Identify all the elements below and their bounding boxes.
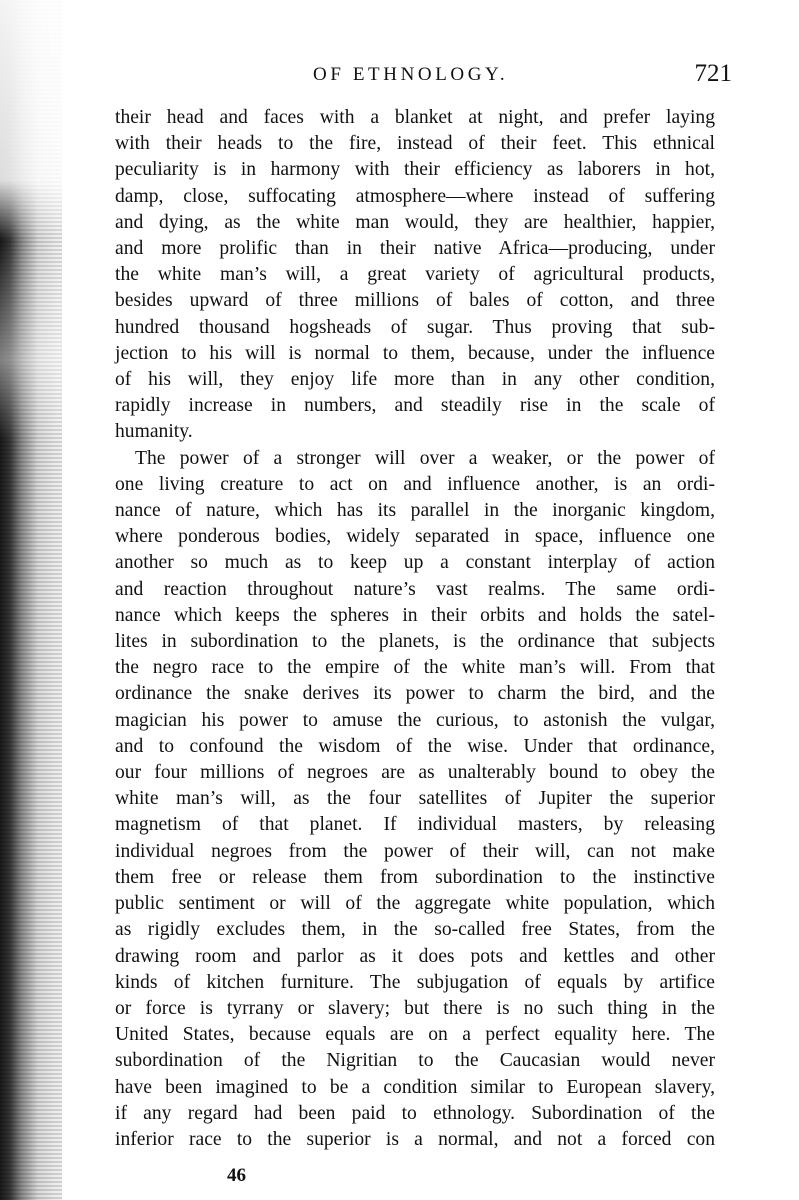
- text-line: damp, close, suffocating atmosphere—wher…: [115, 184, 715, 210]
- text-line: and to confound the wisdom of the wise. …: [115, 734, 715, 760]
- text-line: them free or release them from subordina…: [115, 865, 715, 891]
- book-binding-shadow: [0, 0, 62, 1200]
- text-line: inferior race to the superior is a norma…: [115, 1127, 715, 1153]
- text-line: and dying, as the white man would, they …: [115, 210, 715, 236]
- text-line: ordinance the snake derives its power to…: [115, 681, 715, 707]
- text-line: drawing room and parlor as it does pots …: [115, 944, 715, 970]
- text-line: white man’s will, as the four satellites…: [115, 786, 715, 812]
- text-line: or force is tyrrany or slavery; but ther…: [115, 996, 715, 1022]
- body-text: their head and faces with a blanket at n…: [115, 105, 715, 1153]
- text-line: humanity.: [115, 419, 715, 445]
- text-line: our four millions of negroes are as unal…: [115, 760, 715, 786]
- text-line: The power of a stronger will over a weak…: [115, 446, 715, 472]
- text-line: jection to his will is normal to them, b…: [115, 341, 715, 367]
- text-line: one living creature to act on and influe…: [115, 472, 715, 498]
- text-line: and more prolific than in their native A…: [115, 236, 715, 262]
- text-line: subordination of the Nigritian to the Ca…: [115, 1048, 715, 1074]
- text-line: kinds of kitchen furniture. The subjugat…: [115, 970, 715, 996]
- page-header: OF ETHNOLOGY. 721: [115, 62, 715, 92]
- text-line: public sentiment or will of the aggregat…: [115, 891, 715, 917]
- text-line: nance which keeps the spheres in their o…: [115, 603, 715, 629]
- text-line: if any regard had been paid to ethnology…: [115, 1101, 715, 1127]
- text-line: of his will, they enjoy life more than i…: [115, 367, 715, 393]
- text-line: individual negroes from the power of the…: [115, 839, 715, 865]
- paragraph-1: their head and faces with a blanket at n…: [115, 105, 715, 446]
- text-line: with their heads to the fire, instead of…: [115, 131, 715, 157]
- text-line: the negro race to the empire of the whit…: [115, 655, 715, 681]
- text-line: and reaction throughout nature’s vast re…: [115, 577, 715, 603]
- text-line: where ponderous bodies, widely separated…: [115, 524, 715, 550]
- text-line: another so much as to keep up a constant…: [115, 550, 715, 576]
- page-number: 721: [695, 60, 733, 88]
- text-line: magician his power to amuse the curious,…: [115, 708, 715, 734]
- text-line: their head and faces with a blanket at n…: [115, 105, 715, 131]
- text-line: as rigidly excludes them, in the so-call…: [115, 917, 715, 943]
- text-line: United States, because equals are on a p…: [115, 1022, 715, 1048]
- text-line: rapidly increase in numbers, and steadil…: [115, 393, 715, 419]
- text-line: besides upward of three millions of bale…: [115, 288, 715, 314]
- paragraph-2: The power of a stronger will over a weak…: [115, 446, 715, 1153]
- text-line: hundred thousand hogsheads of sugar. Thu…: [115, 315, 715, 341]
- signature-mark: 46: [227, 1165, 246, 1187]
- text-line: the white man’s will, a great variety of…: [115, 262, 715, 288]
- text-line: have been imagined to be a condition sim…: [115, 1075, 715, 1101]
- text-line: nance of nature, which has its parallel …: [115, 498, 715, 524]
- text-line: magnetism of that planet. If individual …: [115, 812, 715, 838]
- running-head: OF ETHNOLOGY.: [313, 64, 508, 86]
- text-line: peculiarity is in harmony with their eff…: [115, 157, 715, 183]
- text-line: lites in subordination to the planets, i…: [115, 629, 715, 655]
